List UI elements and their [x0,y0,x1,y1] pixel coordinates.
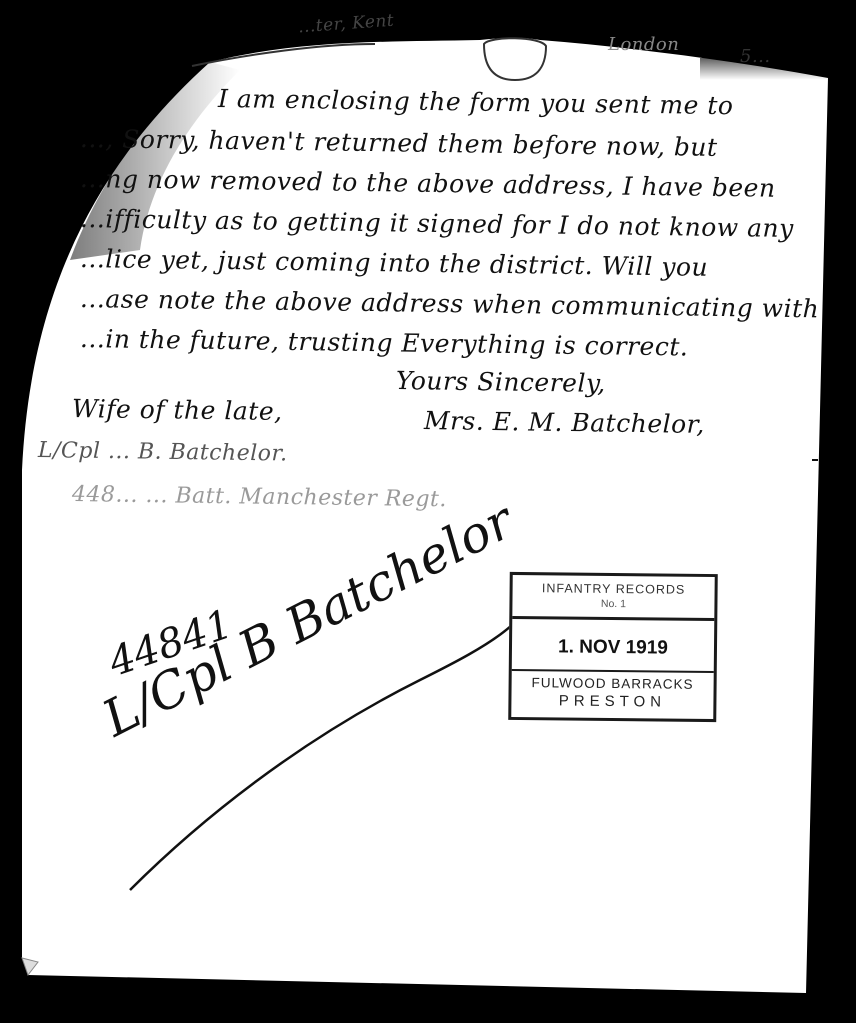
stamp-footer: FULWOOD BARRACKS PRESTON [511,671,713,712]
infantry-records-stamp: INFANTRY RECORDS No. 1 1. NOV 1919 FULWO… [508,572,718,722]
scanned-letter-page: ...ter, Kent London 5... I am enclosing … [0,0,856,1023]
stamp-office-number: No. 1 [512,597,714,611]
stamp-barracks: FULWOOD BARRACKS [512,674,714,694]
letter-signature: Mrs. E. M. Batchelor, [424,406,705,439]
letter-closing: Yours Sincerely, [396,366,606,398]
header-date-fragment: 5... [740,46,771,67]
header-city-fragment: London [608,34,679,55]
stamp-town: PRESTON [511,692,713,712]
relationship-line-1: Wife of the late, [72,394,283,426]
stamp-date: 1. NOV 1919 [512,619,715,673]
stamp-office-name: INFANTRY RECORDS [513,579,715,599]
relationship-line-2: L/Cpl ... B. Batchelor. [38,438,288,466]
relationship-line-3: 448... ... Batt. Manchester Regt. [72,482,447,512]
stamp-header: INFANTRY RECORDS No. 1 [512,575,714,621]
